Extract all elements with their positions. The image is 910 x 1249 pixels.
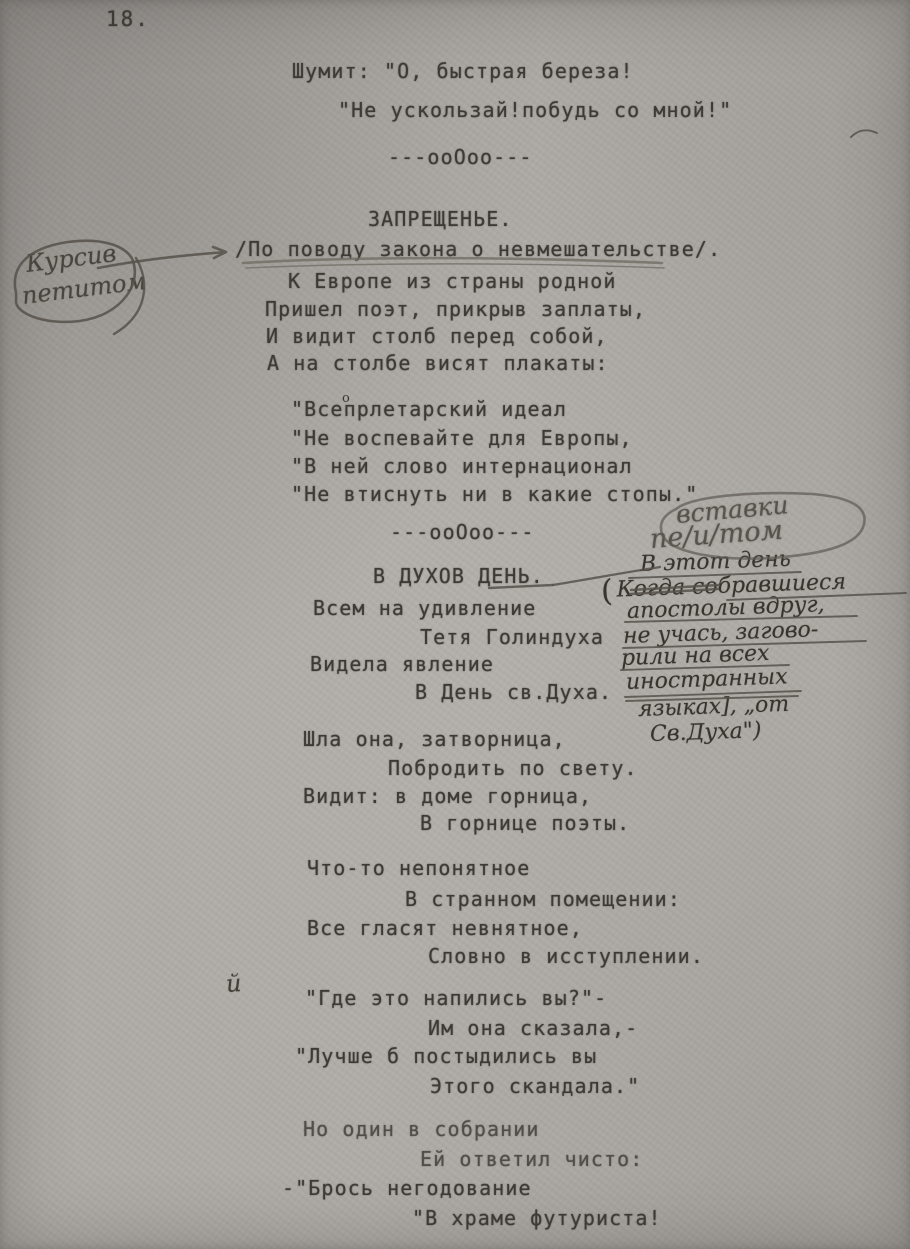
typed-line: К Европе из страны родной <box>288 270 617 292</box>
typed-line: "Где это напились вы?"- <box>305 987 607 1009</box>
typed-line: Видит: в доме горница, <box>303 785 592 807</box>
poem1-subtitle: /По поводу закона о невмешательстве/. <box>235 238 721 260</box>
typed-line: В странном помещении: <box>405 888 681 910</box>
typed-line: Видела явление <box>310 653 494 675</box>
typed-line: "В ней слово интернационал <box>291 455 633 477</box>
typed-line: А на столбе висят плакаты: <box>267 352 609 374</box>
page-number: 18. <box>106 8 150 31</box>
insert-line-6: иностранных <box>626 664 788 695</box>
section-divider: ---ооОоо--- <box>388 146 533 168</box>
typed-line: Им она сказала,- <box>428 1017 638 1039</box>
typed-line: "Не втиснуть ни в какие стопы." <box>291 483 698 505</box>
typed-line: "Не воспевайте для Европы, <box>291 427 633 449</box>
typed-line: Но один в собрании <box>303 1118 540 1140</box>
typed-line-opening-2: "Не ускользай!побудь со мной!" <box>338 99 732 121</box>
poem1-title: ЗАПРЕЩЕНЬЕ. <box>368 208 513 230</box>
typed-line: -"Брось негодование <box>282 1177 532 1199</box>
insert-line-7: языках], „от <box>638 692 790 722</box>
typed-line: Этого скандала." <box>430 1075 640 1097</box>
subtitle-underline-2 <box>246 264 664 268</box>
typed-line: Ей ответил чисто: <box>420 1148 643 1170</box>
stray-mark <box>851 130 877 137</box>
typed-line: Что-то непонятное <box>307 857 530 879</box>
typed-line: "Всепрлетарский идеал <box>291 398 567 420</box>
insert-open-paren: ( <box>600 574 613 609</box>
poem2-title: В ДУХОВ ДЕНЬ. <box>373 565 544 587</box>
typed-line: Тетя Голиндуха <box>420 626 604 648</box>
typed-line: Побродить по свету. <box>388 757 638 779</box>
typed-line: В горнице поэты. <box>420 812 630 834</box>
typed-line: Словно в исступлении. <box>428 945 704 967</box>
manuscript-page: 18. Шумит: "О, быстрая береза! "Не ускол… <box>0 0 910 1249</box>
typed-line: И видит столб перед собой, <box>266 325 608 347</box>
typed-line: "Лучше б постыдились вы <box>295 1045 597 1067</box>
inserted-letter-correction: о <box>342 391 350 406</box>
section-divider: ---ооОоо--- <box>390 521 535 543</box>
margin-pencil-letter: й <box>225 969 242 998</box>
insert-line-8: Св.Духа") <box>650 718 762 747</box>
typed-line: Шла она, затворница, <box>303 728 566 750</box>
typed-line: "В храме футуриста! <box>412 1207 662 1229</box>
typed-line-opening-1: Шумит: "О, быстрая береза! <box>292 60 634 82</box>
typed-line: Пришел поэт, прикрыв заплаты, <box>265 298 646 320</box>
typed-line: В День св.Духа. <box>415 681 612 703</box>
typed-line: Все гласят невнятное, <box>307 917 583 939</box>
typed-line: Всем на удивление <box>313 597 536 619</box>
